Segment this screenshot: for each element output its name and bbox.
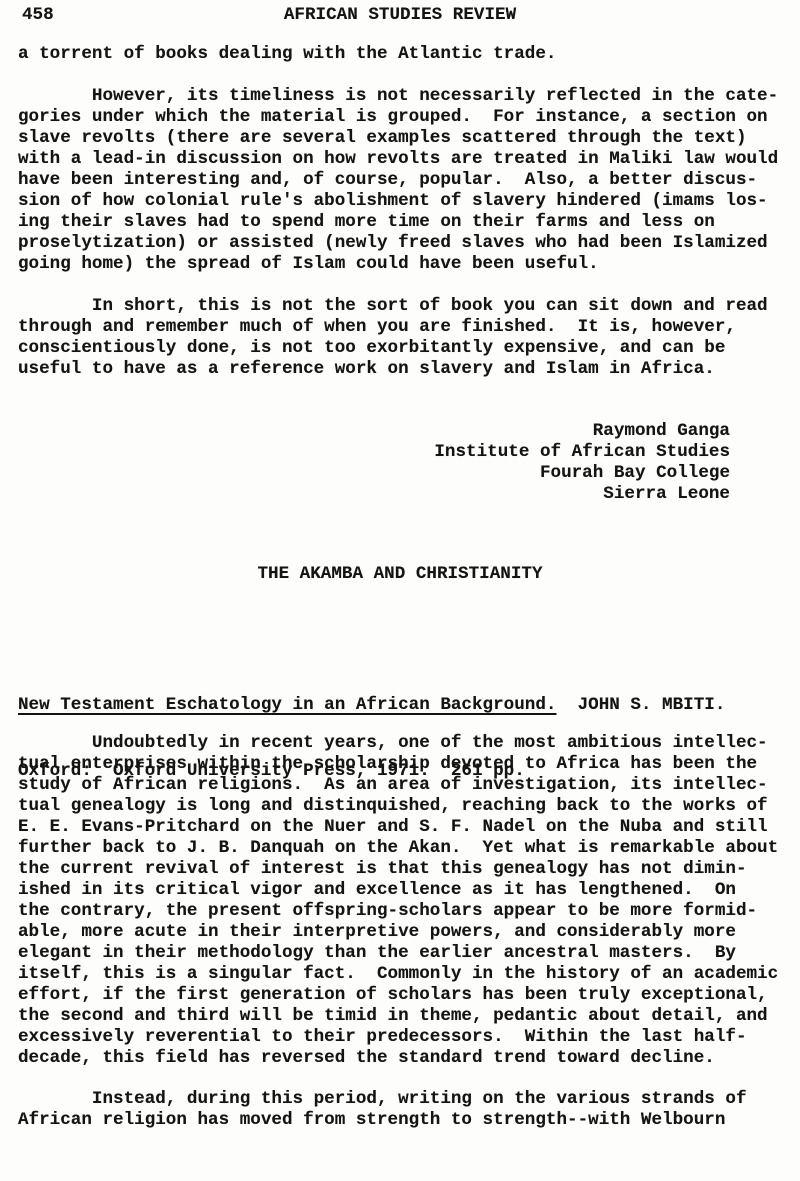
reviewer-signature: Raymond Ganga Institute of African Studi… — [434, 421, 730, 505]
paragraph-in-short: In short, this is not the sort of book y… — [18, 296, 768, 380]
book-author: JOHN S. MBITI. — [556, 695, 725, 715]
journal-title: AFRICAN STUDIES REVIEW — [0, 5, 800, 26]
book-title: New Testament Eschatology in an African … — [18, 695, 556, 715]
citation-line-1: New Testament Eschatology in an African … — [18, 694, 725, 716]
paragraph-timeliness: However, its timeliness is not necessari… — [18, 86, 778, 275]
scanned-page: 458 AFRICAN STUDIES REVIEW a torrent of … — [0, 0, 800, 1181]
paragraph-torrent: a torrent of books dealing with the Atla… — [18, 44, 556, 65]
paragraph-instead: Instead, during this period, writing on … — [18, 1089, 747, 1131]
paragraph-undoubtedly: Undoubtedly in recent years, one of the … — [18, 733, 778, 1069]
section-title: THE AKAMBA AND CHRISTIANITY — [0, 564, 800, 585]
